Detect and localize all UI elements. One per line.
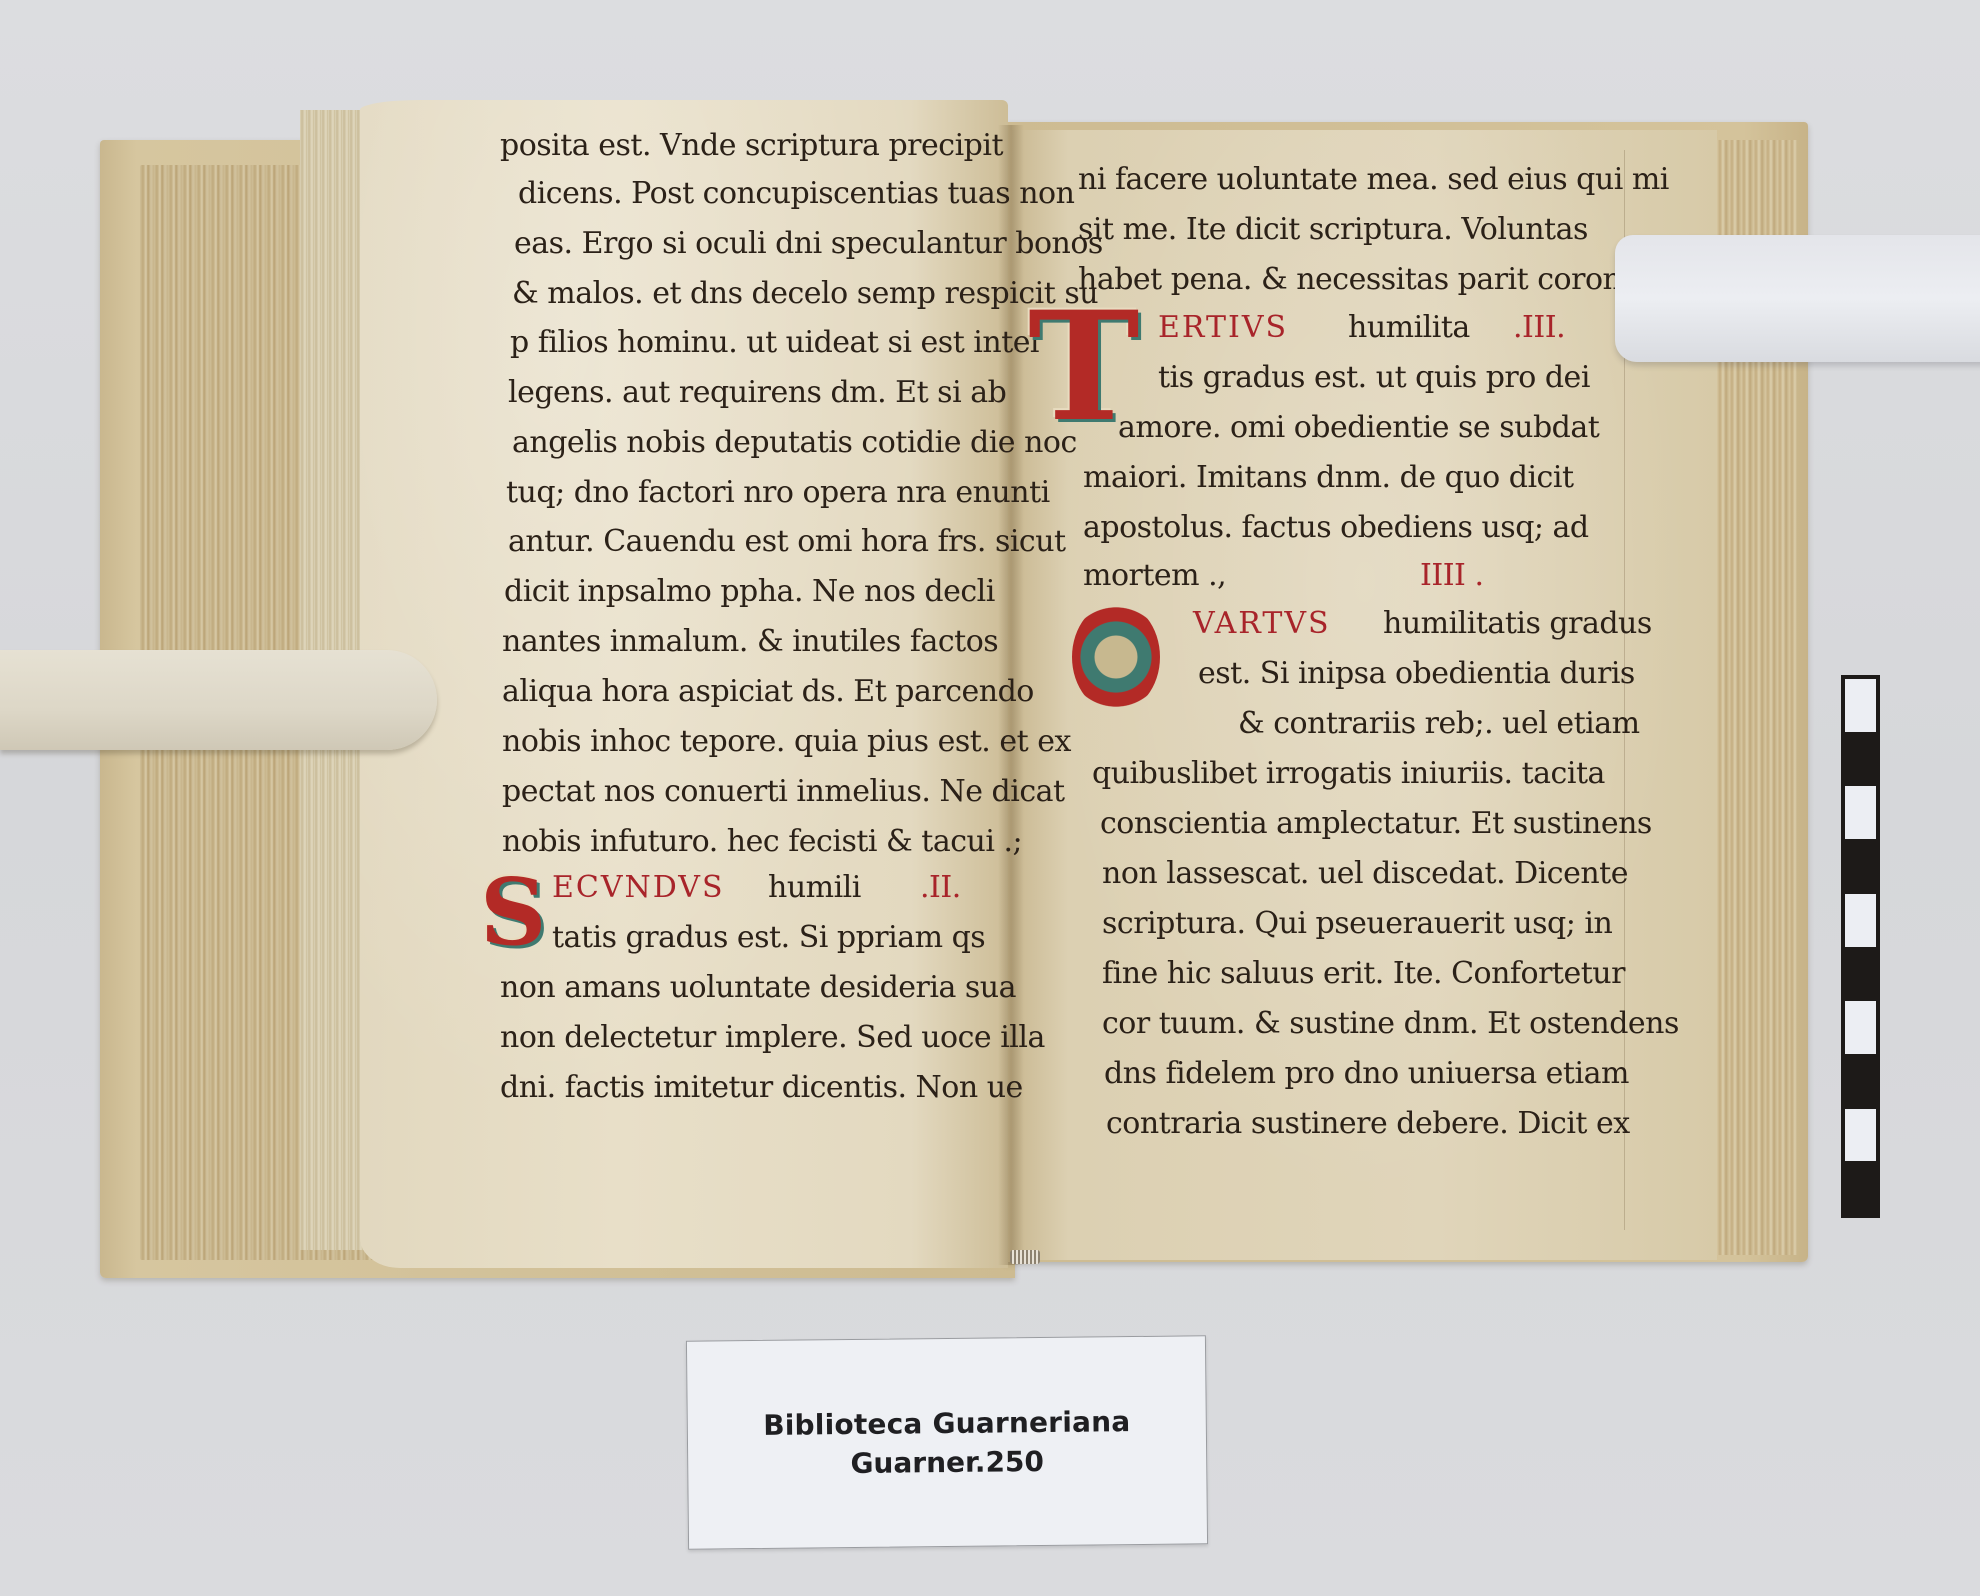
library-label-card: Biblioteca Guarneriana Guarner.250 [686,1335,1208,1549]
text-line: aliqua hora aspiciat ds. Et parcendo [502,674,1034,710]
section-heading-secundus: ECVNDVS ECVNDVS humili [552,870,725,906]
text-line: tatis gradus est. Si ppriam qs [552,920,985,956]
text-line: conscientia amplectatur. Et sustinens [1100,806,1652,842]
text-line: amore. omi obedientie se subdat [1118,410,1599,446]
decorated-initial-q: Q [1076,592,1172,712]
scale-segment-white [1845,679,1876,732]
text-line: fine hic saluus erit. Ite. Confortetur [1102,956,1625,992]
spine-sewing [1010,1250,1040,1264]
text-line: scriptura. Qui pseuerauerit usq; in [1102,906,1612,942]
shelfmark: Guarner.250 [850,1444,1044,1479]
scale-segment-white [1845,786,1876,839]
text-line: antur. Cauendu est omi hora frs. sicut [508,524,1066,560]
text-line: & malos. et dns decelo semp respicit su [512,276,1098,312]
text-line: non delectetur implere. Sed uoce illa [500,1020,1045,1056]
text-line: nantes inmalum. & inutiles factos [502,624,998,660]
text-line: apostolus. factus obediens usq; ad [1083,510,1589,546]
scale-segment-black [1845,840,1876,893]
text-line: posita est. Vnde scriptura precipit [500,128,1003,164]
text-line: sit me. Ite dicit scriptura. Voluntas [1078,212,1588,248]
section-numeral: .III. [1513,310,1565,346]
scale-segment-black [1845,733,1876,786]
text-line: habet pena. & necessitas parit corona ., [1078,262,1666,298]
text-line: pectat nos conuerti inmelius. Ne dicat [502,774,1065,810]
section-numeral: .II. [920,870,961,906]
text-line: tuq; dno factori nro opera nra enunti [506,475,1050,511]
decorated-initial-s: S [480,858,546,966]
text-line: est. Si inipsa obedientia duris [1198,656,1635,692]
text-line: maiori. Imitans dnm. de quo dicit [1083,460,1574,496]
scale-segment-black [1845,948,1876,1001]
text-line: dni. factis imitetur dicentis. Non ue [500,1070,1023,1106]
section-heading-quartus: VARTVS [1193,606,1331,642]
text-line: humilitatis gradus [1383,606,1652,642]
text-line: dicens. Post concupiscentias tuas non [518,176,1074,212]
text-line: eas. Ergo si oculi dni speculantur bonos [514,226,1103,262]
scale-segment-white [1845,1109,1876,1162]
text-line: legens. aut requirens dm. Et si ab [508,375,1006,411]
text-line: contraria sustinere debere. Dicit ex [1106,1106,1630,1142]
library-name: Biblioteca Guarneriana [763,1405,1130,1442]
text-line: nobis inhoc tepore. quia pius est. et ex [502,724,1071,760]
text-line: & contrariis reb;. uel etiam [1238,706,1640,742]
text-line: non amans uoluntate desideria sua [500,970,1016,1006]
section-heading-tertius: ERTIVS [1158,310,1288,346]
text-line: quibuslibet irrogatis iniuriis. tacita [1092,756,1605,792]
text-line: non lassescat. uel discedat. Dicente [1102,856,1628,892]
text-line: humili [768,870,861,906]
text-line: ni facere uoluntate mea. sed eius qui mi [1078,162,1669,198]
text-line: nobis infuturo. hec fecisti & tacui .; [502,824,1022,860]
text-line: tis gradus est. ut quis pro dei [1158,360,1590,396]
scale-segment-white [1845,1001,1876,1054]
text-line: dns fidelem pro dno uniuersa etiam [1104,1056,1629,1092]
section-numeral: IIII . [1420,558,1483,594]
text-line: cor tuum. & sustine dnm. Et ostendens [1102,1006,1679,1042]
bone-folder-right [1615,235,1980,362]
scale-segment-black [1845,1055,1876,1108]
text-line: humilita [1348,310,1470,346]
text-line: angelis nobis deputatis cotidie die noc [512,425,1077,461]
scale-bar [1841,675,1880,1218]
scale-segment-black [1845,1162,1876,1215]
bone-folder-left [0,650,437,750]
scale-segment-white [1845,894,1876,947]
text-line: dicit inpsalmo ppha. Ne nos decli [504,574,995,610]
text-line: p filios hominu. ut uideat si est intel [510,325,1039,361]
